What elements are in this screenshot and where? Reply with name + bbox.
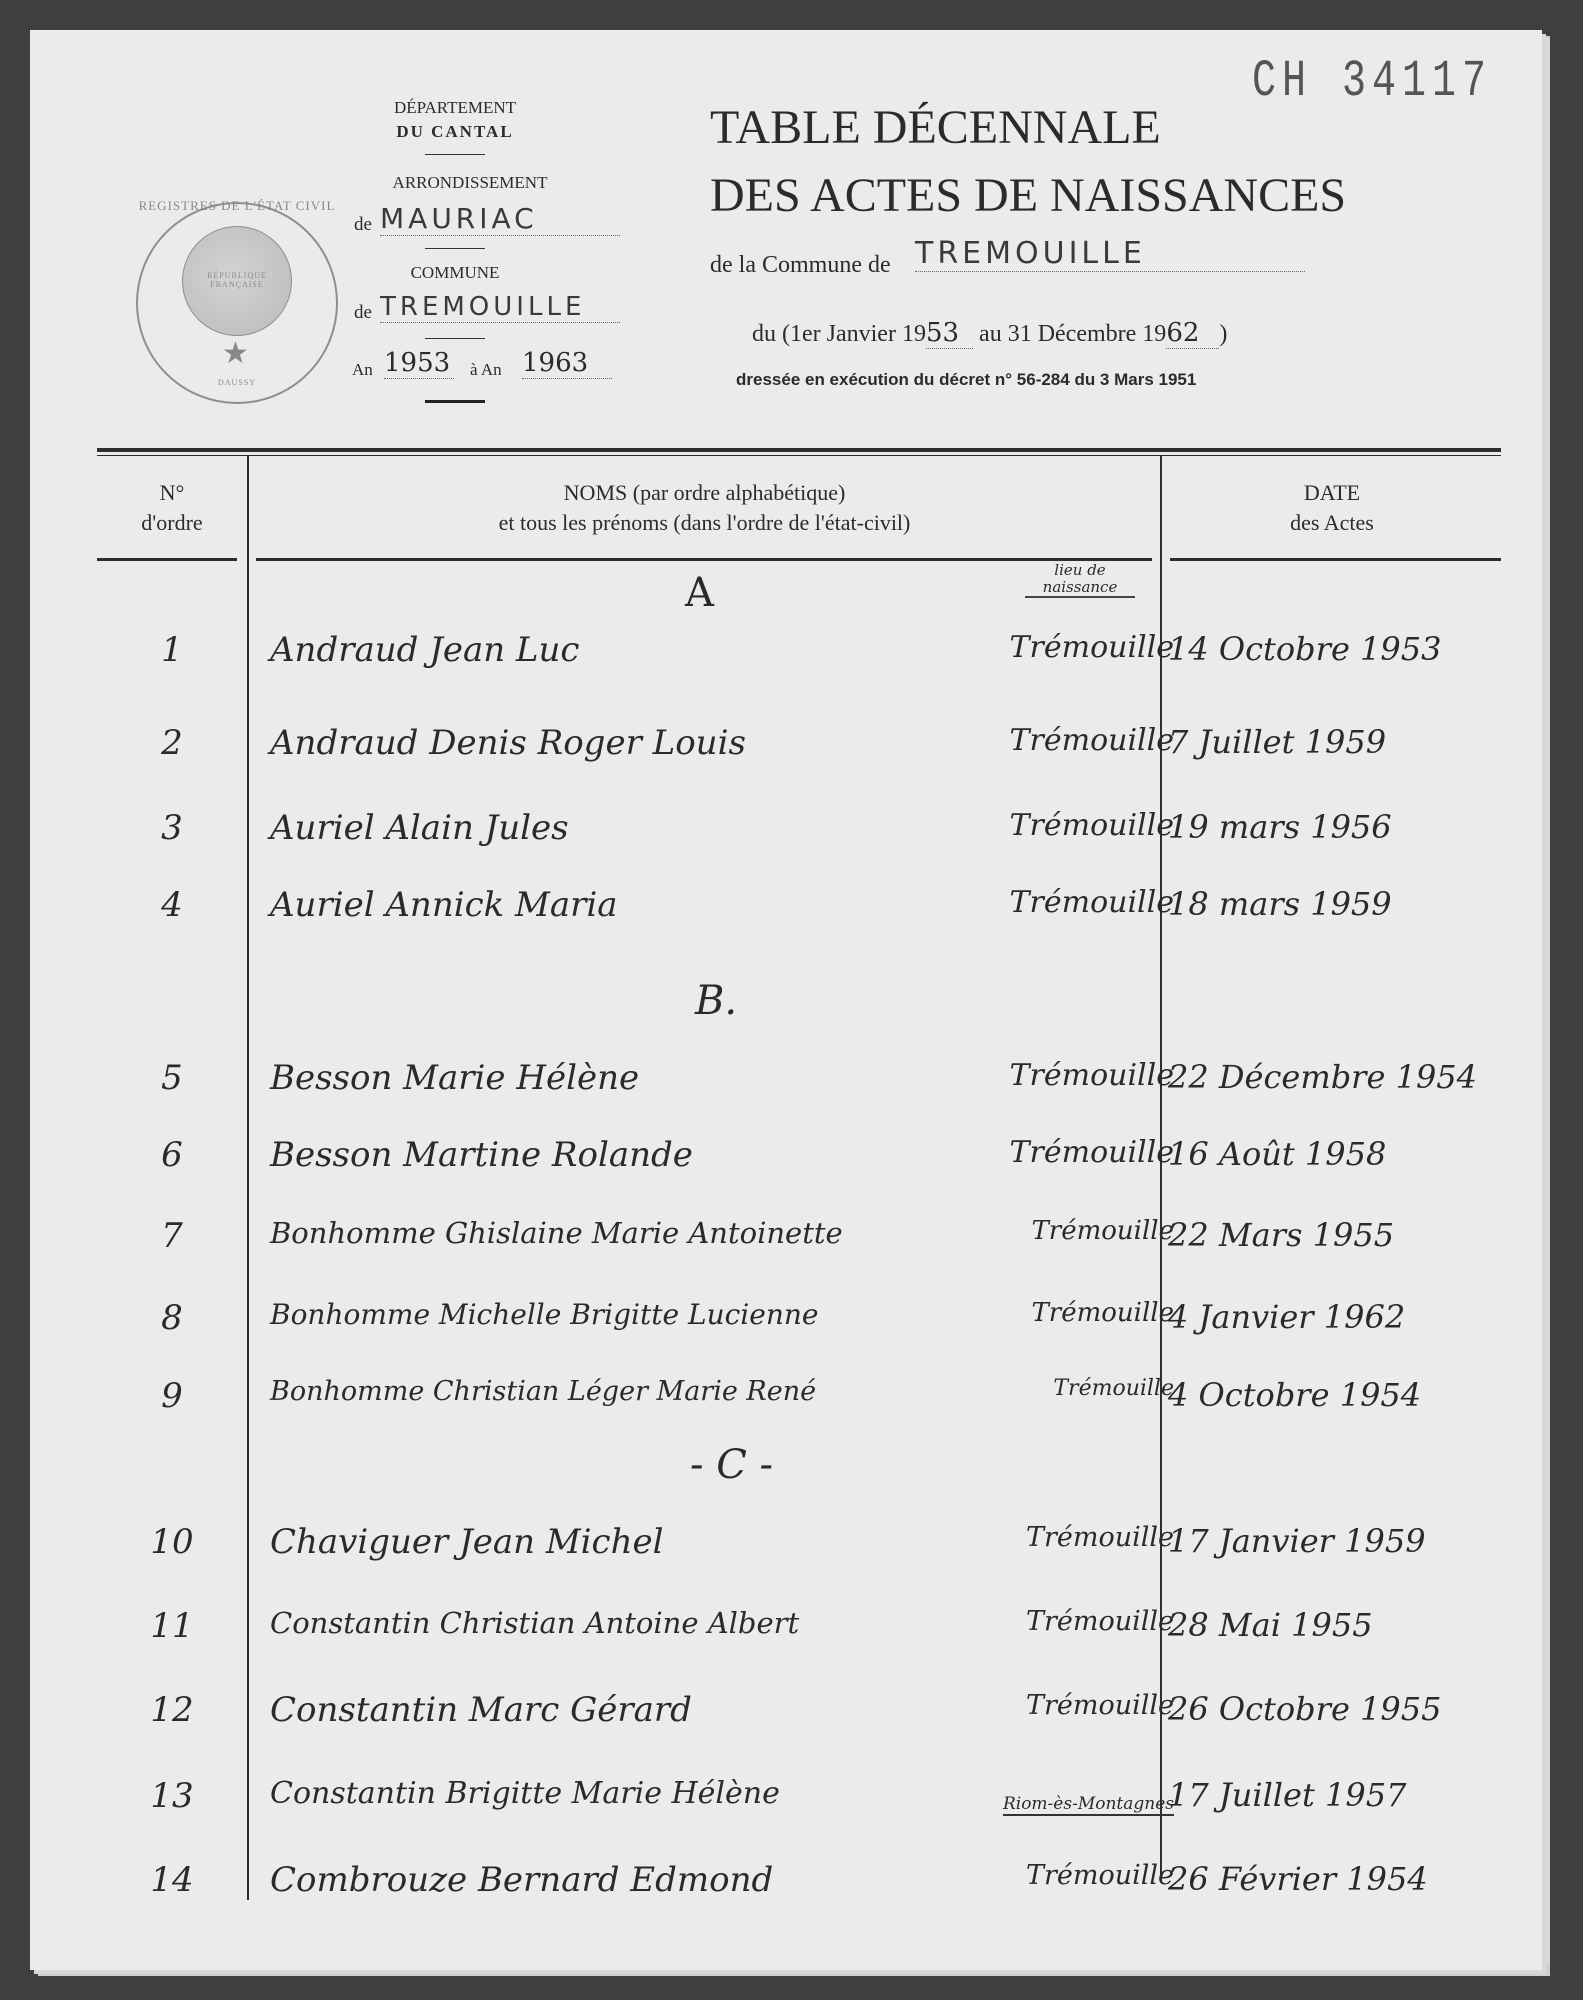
star-icon: ★ — [222, 336, 249, 371]
commune-value: TREMOUILLE — [380, 292, 620, 323]
header-date-line1: DATE — [1162, 480, 1502, 506]
period-prefix: du (1er Janvier 19 — [752, 321, 926, 347]
row-date: 14 Octobre 1953 — [1168, 630, 1442, 668]
row-place: Trémouille — [1026, 1690, 1174, 1721]
decree-line: dressée en exécution du décret n° 56-284… — [736, 370, 1196, 390]
seal-outer-text: REGISTRES DE L'ÉTAT CIVIL — [138, 198, 336, 214]
table-row: 8 Bonhomme Michelle Brigitte Lucienne Tr… — [30, 1298, 1542, 1358]
an-to-value: 1963 — [522, 348, 612, 379]
row-number: 12 — [142, 1690, 202, 1730]
divider — [425, 154, 485, 155]
row-date: 28 Mai 1955 — [1168, 1606, 1373, 1644]
row-name: Constantin Christian Antoine Albert — [270, 1606, 799, 1640]
page-edge — [1542, 38, 1550, 1963]
row-date: 17 Janvier 1959 — [1168, 1522, 1426, 1560]
row-place: Riom-ès-Montagnes — [1003, 1794, 1174, 1816]
row-date: 4 Janvier 1962 — [1168, 1298, 1405, 1336]
archive-stamp-code: CH 34117 — [1252, 53, 1492, 112]
table-row: 2 Andraud Denis Roger Louis Trémouille 7… — [30, 723, 1542, 783]
period-line: du (1er Janvier 1953 au 31 Décembre 1962… — [752, 318, 1227, 348]
row-name: Chaviguer Jean Michel — [270, 1522, 663, 1562]
row-place: Trémouille — [1026, 1606, 1174, 1637]
section-letter-c: - C - — [690, 1442, 773, 1488]
divider — [425, 248, 485, 249]
header-date-line2: des Actes — [1162, 510, 1502, 536]
row-name: Constantin Brigitte Marie Hélène — [270, 1776, 780, 1811]
row-name: Besson Martine Rolande — [270, 1135, 693, 1175]
row-date: 19 mars 1956 — [1168, 808, 1392, 846]
header-bottom-rule-name — [256, 558, 1152, 561]
table-top-rule — [97, 448, 1501, 452]
commune-line-value: TREMOUILLE — [915, 236, 1305, 272]
row-number: 13 — [142, 1776, 202, 1816]
departement-label: DÉPARTEMENT — [330, 98, 580, 118]
table-top-rule-thin — [97, 455, 1501, 456]
row-number: 4 — [142, 885, 202, 925]
row-number: 8 — [142, 1298, 202, 1338]
table-row: 12 Constantin Marc Gérard Trémouille 26 … — [30, 1690, 1542, 1750]
arrondissement-label: ARRONDISSEMENT — [330, 173, 610, 193]
header-num-line2: d'ordre — [97, 510, 247, 536]
row-date: 26 Février 1954 — [1168, 1860, 1428, 1898]
period-mid: au 31 Décembre 19 — [979, 321, 1166, 347]
marianne-medallion-icon: RÉPUBLIQUE FRANÇAISE — [182, 226, 292, 336]
row-date: 17 Juillet 1957 — [1168, 1776, 1406, 1814]
seal-inner-text: RÉPUBLIQUE FRANÇAISE — [187, 271, 287, 289]
header-name-line1: NOMS (par ordre alphabétique) — [249, 480, 1160, 506]
page-title-line2: DES ACTES DE NAISSANCES — [710, 168, 1346, 223]
row-date: 22 Mars 1955 — [1168, 1216, 1394, 1254]
row-number: 10 — [142, 1522, 202, 1562]
row-date: 18 mars 1959 — [1168, 885, 1392, 923]
table-row: 5 Besson Marie Hélène Trémouille 22 Déce… — [30, 1058, 1542, 1118]
period-to: 62 — [1166, 318, 1219, 349]
etat-civil-seal: REGISTRES DE L'ÉTAT CIVIL RÉPUBLIQUE FRA… — [136, 202, 338, 404]
row-number: 2 — [142, 723, 202, 763]
header-name-line2: et tous les prénoms (dans l'ordre de l'é… — [249, 510, 1160, 536]
period-suffix: ) — [1219, 321, 1227, 347]
row-place: Trémouille — [1010, 808, 1174, 843]
row-place: Trémouille — [1026, 1522, 1174, 1553]
row-number: 14 — [142, 1860, 202, 1900]
row-name: Andraud Denis Roger Louis — [270, 723, 746, 763]
row-name: Besson Marie Hélène — [270, 1058, 639, 1098]
row-name: Andraud Jean Luc — [270, 630, 579, 670]
table-row: 1 Andraud Jean Luc Trémouille 14 Octobre… — [30, 630, 1542, 690]
arrondissement-value: MAURIAC — [380, 202, 620, 236]
row-date: 22 Décembre 1954 — [1168, 1058, 1477, 1096]
arrondissement-prefix: de — [354, 214, 372, 236]
page-title-line1: TABLE DÉCENNALE — [710, 100, 1161, 155]
an-label-to: à An — [470, 360, 502, 380]
row-number: 11 — [142, 1606, 202, 1646]
table-row: 10 Chaviguer Jean Michel Trémouille 17 J… — [30, 1522, 1542, 1582]
commune-prefix: de — [354, 302, 372, 324]
table-row: 6 Besson Martine Rolande Trémouille 16 A… — [30, 1135, 1542, 1195]
row-number: 3 — [142, 808, 202, 848]
row-place: Trémouille — [1031, 1216, 1174, 1246]
table-row: 4 Auriel Annick Maria Trémouille 18 mars… — [30, 885, 1542, 945]
row-date: 7 Juillet 1959 — [1168, 723, 1386, 761]
commune-line-prefix: de la Commune de — [710, 252, 891, 279]
departement-name: DU CANTAL — [330, 122, 580, 142]
header-bottom-rule-num — [97, 558, 237, 561]
row-place: Trémouille — [1010, 885, 1174, 920]
table-row: 11 Constantin Christian Antoine Albert T… — [30, 1606, 1542, 1666]
row-number: 9 — [142, 1376, 202, 1416]
row-name: Bonhomme Ghislaine Marie Antoinette — [270, 1216, 843, 1250]
row-number: 5 — [142, 1058, 202, 1098]
row-name: Auriel Annick Maria — [270, 885, 618, 925]
row-place: Trémouille — [1026, 1860, 1174, 1891]
row-date: 16 Août 1958 — [1168, 1135, 1386, 1173]
seal-maker: DAUSSY — [138, 378, 336, 387]
row-number: 7 — [142, 1216, 202, 1256]
document-page: CH 34117 REGISTRES DE L'ÉTAT CIVIL RÉPUB… — [30, 30, 1542, 1970]
row-place: Trémouille — [1010, 630, 1174, 665]
table-row: 9 Bonhomme Christian Léger Marie René Tr… — [30, 1376, 1542, 1436]
row-date: 4 Octobre 1954 — [1168, 1376, 1421, 1414]
row-place: Trémouille — [1053, 1376, 1174, 1401]
row-place: Trémouille — [1031, 1298, 1174, 1328]
table-row: 7 Bonhomme Ghislaine Marie Antoinette Tr… — [30, 1216, 1542, 1276]
row-place: Trémouille — [1010, 723, 1174, 758]
table-row: 3 Auriel Alain Jules Trémouille 19 mars … — [30, 808, 1542, 868]
row-place: Trémouille — [1010, 1058, 1174, 1093]
an-from-value: 1953 — [384, 348, 454, 379]
header-place-handwritten: lieu de naissance — [1025, 562, 1135, 598]
row-name: Bonhomme Christian Léger Marie René — [270, 1376, 816, 1407]
header-bottom-rule-date — [1170, 558, 1501, 561]
row-name: Constantin Marc Gérard — [270, 1690, 692, 1730]
row-name: Combrouze Bernard Edmond — [270, 1860, 773, 1900]
row-date: 26 Octobre 1955 — [1168, 1690, 1442, 1728]
table-row: 13 Constantin Brigitte Marie Hélène Riom… — [30, 1776, 1542, 1836]
an-label-from: An — [352, 360, 373, 380]
divider — [425, 338, 485, 339]
section-letter-a: A — [685, 570, 714, 616]
commune-label: COMMUNE — [330, 263, 580, 283]
row-number: 1 — [142, 630, 202, 670]
row-name: Bonhomme Michelle Brigitte Lucienne — [270, 1298, 818, 1331]
table-row: 14 Combrouze Bernard Edmond Trémouille 2… — [30, 1860, 1542, 1920]
row-place: Trémouille — [1010, 1135, 1174, 1170]
row-name: Auriel Alain Jules — [270, 808, 569, 848]
header-num-line1: N° — [97, 480, 247, 506]
section-letter-b: B. — [695, 978, 737, 1024]
divider — [425, 400, 485, 403]
period-from: 53 — [926, 318, 973, 349]
row-number: 6 — [142, 1135, 202, 1175]
